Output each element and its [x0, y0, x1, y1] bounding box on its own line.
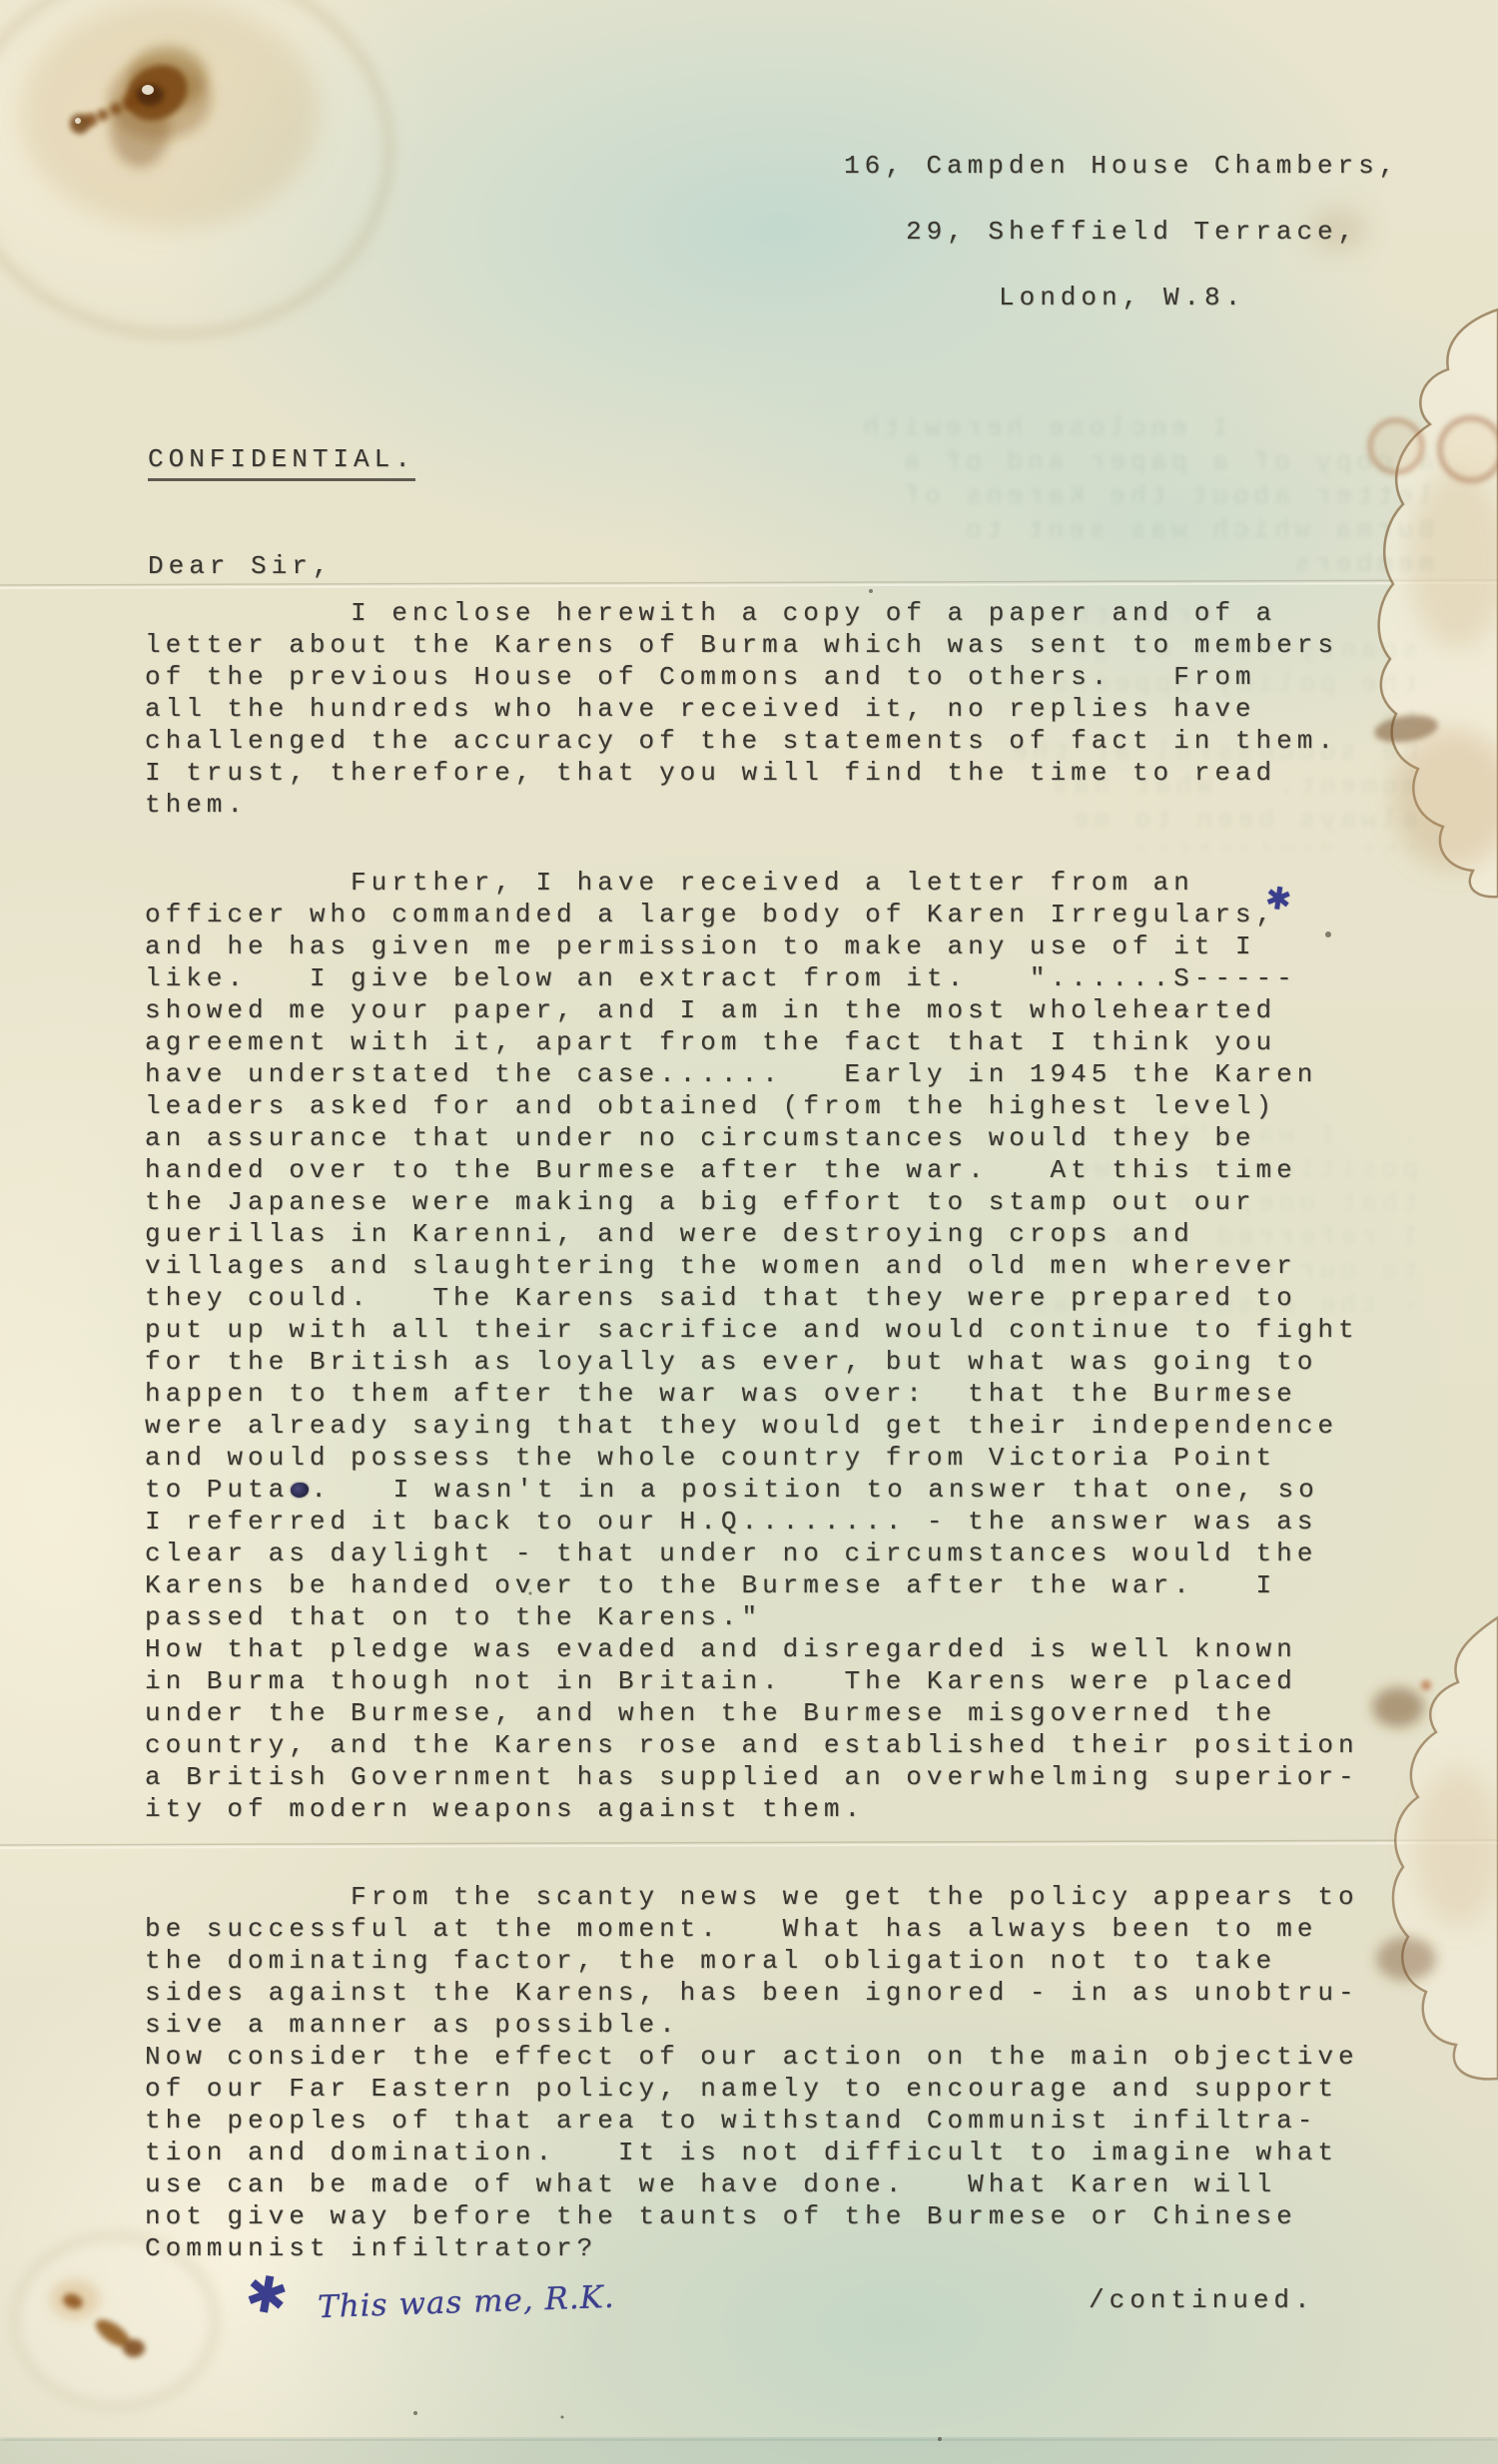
handwritten-asterisk-icon: ✱: [241, 2263, 292, 2327]
classification-heading: CONFIDENTIAL.: [148, 443, 415, 481]
ink-bleedthrough-ghost: I enclose herewith a copy of a paper and…: [855, 411, 1434, 571]
paragraph-text: and he has given me permission to make a…: [145, 931, 1359, 1505]
paragraph-enclosure: I enclose herewith a copy of a paper and…: [145, 597, 1443, 821]
sender-address-line-2: 29, Sheffield Terrace,: [906, 216, 1358, 248]
salutation: Dear Sir,: [148, 550, 333, 582]
paragraph-text: Further, I have received a letter from a…: [145, 868, 1276, 929]
paragraph-officer-letter: Further, I have received a letter from a…: [145, 867, 1463, 1825]
letter-page: I enclose herewith a copy of a paper and…: [0, 0, 1498, 2464]
bottom-edge-shadow: [0, 2438, 1498, 2464]
fold-crease-bottom: [0, 1840, 1498, 1848]
handwritten-footnote: This was me, R.K.: [317, 2279, 615, 2325]
paragraph-policy: From the scanty news we get the policy a…: [145, 1881, 1463, 2264]
ink-blot: [291, 1483, 309, 1498]
sender-address-line-3: London, W.8.: [999, 282, 1245, 313]
continued-marker: /continued.: [1089, 2284, 1315, 2316]
sender-address-line-1: 16, Campden House Chambers,: [844, 150, 1399, 182]
paragraph-text: . I wasn't in a position to answer that …: [145, 1475, 1359, 1824]
rust-stain-top-left: [0, 0, 389, 334]
